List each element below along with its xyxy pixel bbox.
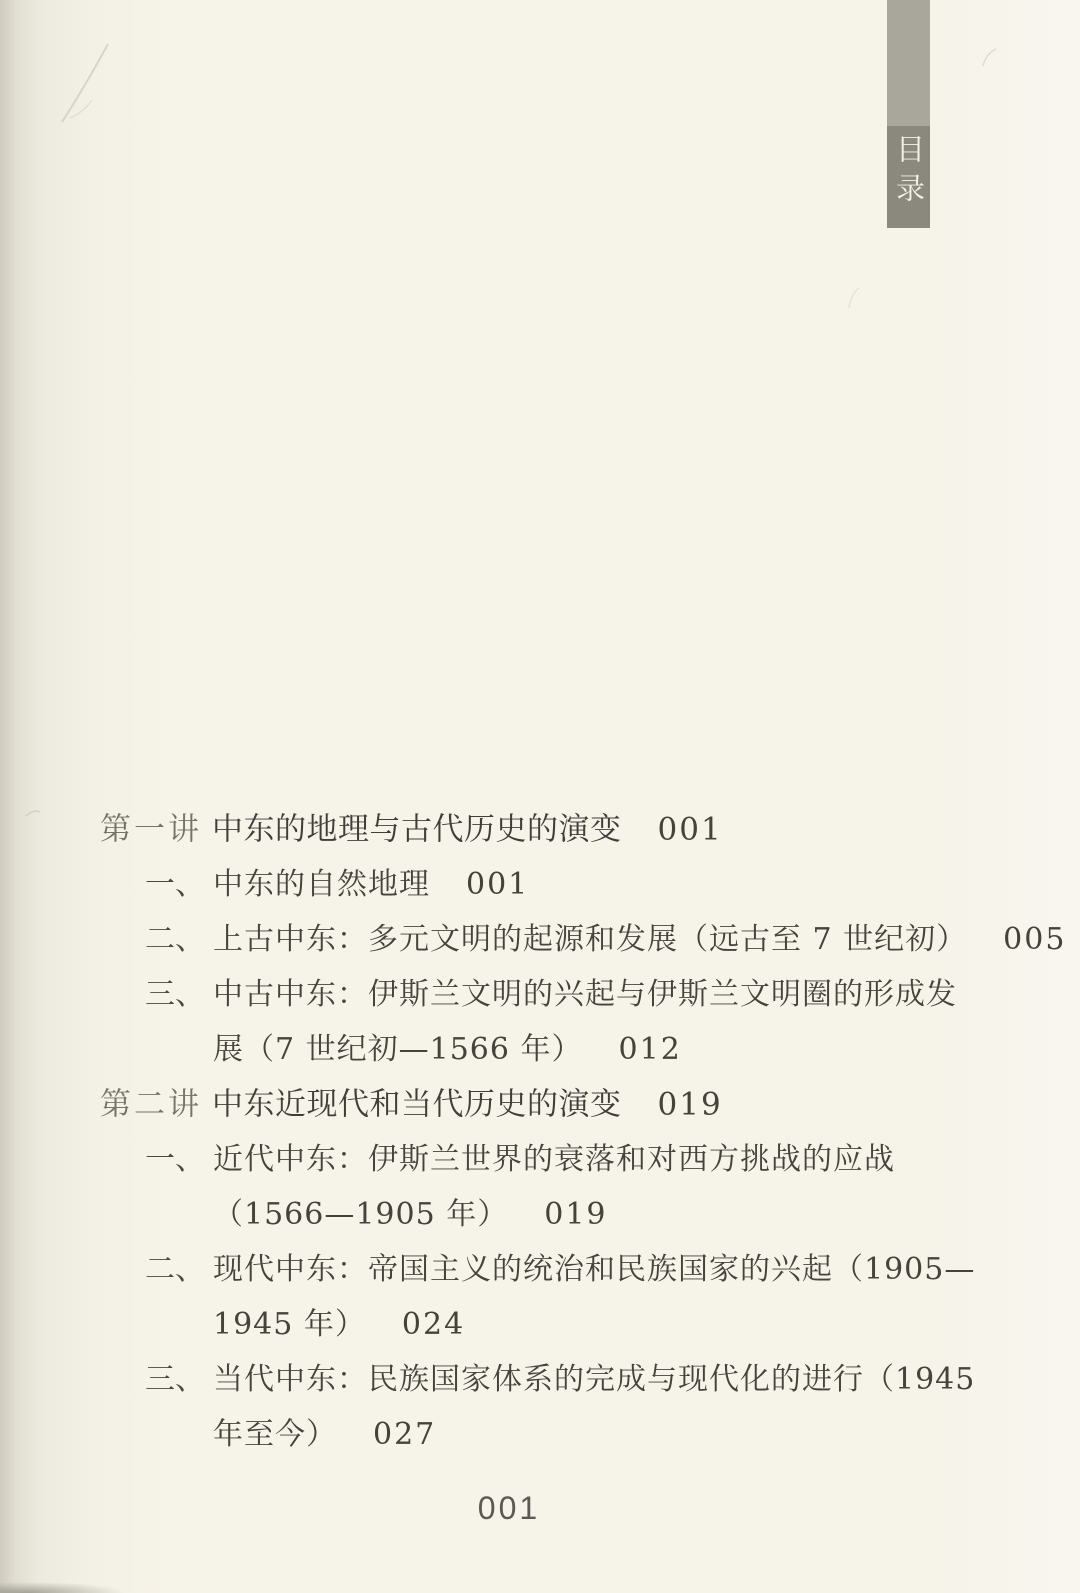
item-title: 近代中东：伊斯兰世界的衰落和对西方挑战的应战	[213, 1134, 895, 1178]
chapter-thumb-tab: 目录	[887, 0, 930, 228]
toc-continuation-row: 1945 年）024	[0, 1293, 1080, 1348]
toc-item-row: 一、 中东的自然地理001	[0, 853, 1080, 908]
item-title: 现代中东：帝国主义的统治和民族国家的兴起（1905—	[213, 1244, 975, 1288]
toc-tab-vertical-label: 目录	[888, 134, 929, 228]
item-title-text: 展（7 世纪初—1566 年）	[213, 1032, 583, 1067]
chapter-title: 中东的地理与古代历史的演变001	[212, 803, 723, 848]
toc-item-row: 一、 近代中东：伊斯兰世界的衰落和对西方挑战的应战	[0, 1128, 1080, 1183]
item-title: 中东的自然地理001	[213, 859, 529, 903]
page-number: 027	[373, 1417, 436, 1452]
item-title-text: 上古中东：多元文明的起源和发展（远古至 7 世纪初）	[213, 922, 967, 957]
item-number: 二、	[145, 914, 205, 958]
item-title-continuation: 展（7 世纪初—1566 年）012	[213, 1024, 682, 1068]
page-number: 001	[466, 867, 529, 902]
item-number: 三、	[145, 969, 205, 1013]
toc-chapter-row: 第一讲 中东的地理与古代历史的演变001	[0, 798, 1080, 853]
item-title: 中古中东：伊斯兰文明的兴起与伊斯兰文明圈的形成发	[213, 969, 957, 1013]
item-title-text: （1566—1905 年）	[213, 1197, 508, 1232]
toc-item-row: 三、 中古中东：伊斯兰文明的兴起与伊斯兰文明圈的形成发	[0, 963, 1080, 1018]
chapter-title: 中东近现代和当代历史的演变019	[212, 1078, 723, 1123]
toc-chapter-row: 第二讲 中东近现代和当代历史的演变019	[0, 1073, 1080, 1128]
page-number: 001	[658, 811, 723, 847]
toc-continuation-row: 展（7 世纪初—1566 年）012	[0, 1018, 1080, 1073]
item-title-continuation: （1566—1905 年）019	[213, 1189, 608, 1233]
toc-item-row: 二、 上古中东：多元文明的起源和发展（远古至 7 世纪初）005	[0, 908, 1080, 963]
page-number: 005	[1003, 922, 1066, 957]
item-title-text: 近代中东：伊斯兰世界的衰落和对西方挑战的应战	[213, 1142, 895, 1177]
page-number: 019	[658, 1086, 723, 1122]
item-number: 一、	[145, 859, 205, 903]
item-title-text: 中东的自然地理	[213, 867, 430, 902]
item-title-text: 当代中东：民族国家体系的完成与现代化的进行（1945	[213, 1362, 975, 1397]
thumb-tab-lower-block: 目录	[887, 126, 930, 228]
item-title-text: 年至今）	[213, 1417, 337, 1452]
toc-continuation-row: （1566—1905 年）019	[0, 1183, 1080, 1238]
table-of-contents: 第一讲 中东的地理与古代历史的演变001 一、 中东的自然地理001 二、 上古…	[0, 798, 1080, 1458]
chapter-label: 第一讲	[100, 803, 202, 848]
item-title-text: 1945 年）	[213, 1307, 366, 1342]
item-title-text: 现代中东：帝国主义的统治和民族国家的兴起（1905—	[213, 1252, 975, 1287]
item-title-continuation: 年至今）027	[213, 1409, 436, 1453]
item-title: 当代中东：民族国家体系的完成与现代化的进行（1945	[213, 1354, 975, 1398]
chapter-title-text: 中东近现代和当代历史的演变	[212, 1086, 622, 1121]
page-number: 012	[619, 1032, 682, 1067]
item-number: 一、	[145, 1134, 205, 1178]
item-title-text: 中古中东：伊斯兰文明的兴起与伊斯兰文明圈的形成发	[213, 977, 957, 1012]
page-number: 019	[544, 1197, 607, 1232]
item-number: 三、	[145, 1354, 205, 1398]
page-number: 024	[402, 1307, 465, 1342]
item-title: 上古中东：多元文明的起源和发展（远古至 7 世纪初）005	[213, 914, 1066, 958]
scanned-book-page: { "page": { "paper_color": "#f6f3e9", "s…	[0, 0, 1080, 1593]
folio-page-number: 001	[434, 1490, 584, 1527]
item-number: 二、	[145, 1244, 205, 1288]
chapter-label: 第二讲	[100, 1078, 202, 1123]
thumb-tab-upper-block	[887, 0, 930, 126]
chapter-title-text: 中东的地理与古代历史的演变	[212, 811, 622, 846]
item-title-continuation: 1945 年）024	[213, 1299, 465, 1343]
bottom-left-scan-shadow	[0, 1573, 200, 1593]
toc-item-row: 三、 当代中东：民族国家体系的完成与现代化的进行（1945	[0, 1348, 1080, 1403]
toc-item-row: 二、 现代中东：帝国主义的统治和民族国家的兴起（1905—	[0, 1238, 1080, 1293]
toc-continuation-row: 年至今）027	[0, 1403, 1080, 1458]
